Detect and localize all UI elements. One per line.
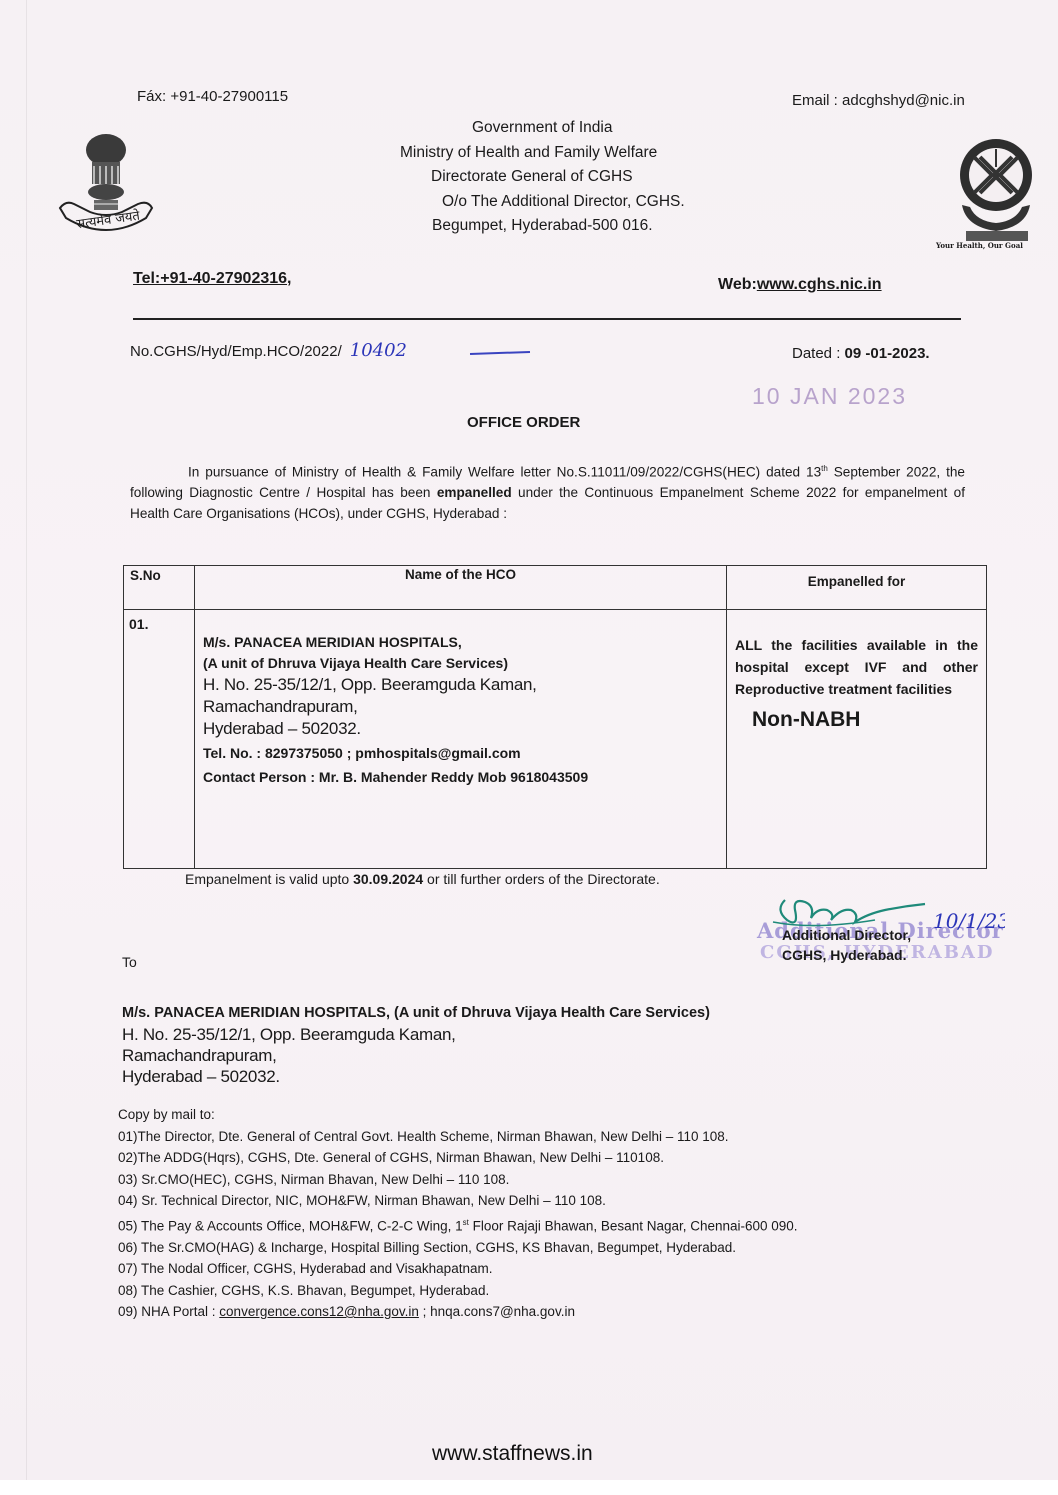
cghs-logo-icon: Your Health, Our Goal <box>936 135 1058 260</box>
emphasis-empanelled: empanelled <box>437 485 512 500</box>
national-emblem-icon: सत्यमेव जयते <box>56 126 156 236</box>
email-address: Email : adcghshyd@nic.in <box>792 92 965 109</box>
reference-number: No.CGHS/Hyd/Emp.HCO/2022/10402 <box>130 340 407 361</box>
list-item-text: ; hnqa.cons7@nha.gov.in <box>419 1304 575 1319</box>
cell-hco-details: M/s. PANACEA MERIDIAN HOSPITALS, (A unit… <box>195 610 727 869</box>
reference-prefix: No.CGHS/Hyd/Emp.HCO/2022/ <box>130 343 342 360</box>
hco-name: M/s. PANACEA MERIDIAN HOSPITALS, <box>203 632 718 653</box>
dated-value: 09 -01-2023. <box>845 345 930 362</box>
to-label: To <box>122 954 137 970</box>
column-header-empanelled-for: Empanelled for <box>727 566 987 610</box>
letterhead-line: Government of India <box>370 116 715 141</box>
list-item-text: Floor Rajaji Bhawan, Besant Nagar, Chenn… <box>469 1218 798 1233</box>
hco-address-line: H. No. 25-35/12/1, Opp. Beeramguda Kaman… <box>203 674 718 696</box>
paragraph-text: In pursuance of Ministry of Health & Fam… <box>188 465 821 480</box>
addressee-block: M/s. PANACEA MERIDIAN HOSPITALS, (A unit… <box>122 1003 710 1087</box>
table-row: 01. M/s. PANACEA MERIDIAN HOSPITALS, (A … <box>124 610 987 869</box>
order-paragraph: In pursuance of Ministry of Health & Fam… <box>130 459 965 524</box>
validity-text: Empanelment is valid upto <box>185 871 353 887</box>
hco-contact-person: Contact Person : Mr. B. Mahender Reddy M… <box>203 766 718 788</box>
dated-label: Dated : <box>792 345 845 362</box>
order-date: Dated : 09 -01-2023. <box>792 345 930 362</box>
signatory-title: Additional Director, <box>782 925 911 945</box>
list-item: 05) The Pay & Accounts Office, MOH&FW, C… <box>118 1212 798 1237</box>
accreditation-status: Non-NABH <box>735 708 978 732</box>
list-item-text: 09) NHA Portal : <box>118 1304 219 1319</box>
list-item-text: 05) The Pay & Accounts Office, MOH&FW, C… <box>118 1218 463 1233</box>
website-link[interactable]: www.cghs.nic.in <box>757 276 882 293</box>
table-header-row: S.No Name of the HCO Empanelled for <box>124 566 987 610</box>
copy-distribution-list: Copy by mail to: 01)The Director, Dte. G… <box>118 1104 798 1323</box>
footer-watermark-url: www.staffnews.in <box>432 1442 593 1466</box>
website: Web:www.cghs.nic.in <box>718 276 882 294</box>
received-date-stamp: 10 JAN 2023 <box>752 383 907 410</box>
hco-parent-unit: (A unit of Dhruva Vijaya Health Care Ser… <box>203 653 718 674</box>
list-item: 09) NHA Portal : convergence.cons12@nha.… <box>118 1301 798 1323</box>
addressee-address-line: H. No. 25-35/12/1, Opp. Beeramguda Kaman… <box>122 1024 710 1045</box>
empanelled-facilities: ALL the facilities available in the hosp… <box>735 634 978 700</box>
signatory-designation: Additional Director, CGHS, Hyderabad. <box>782 925 911 965</box>
validity-text: or till further orders of the Directorat… <box>423 871 660 887</box>
page-bottom-margin <box>0 1480 1058 1495</box>
letterhead-line: Begumpet, Hyderabad-500 016. <box>370 214 715 239</box>
telephone-number: Tel:+91-40-27902316, <box>133 270 291 288</box>
validity-date: 30.09.2024 <box>353 871 423 887</box>
list-item: 08) The Cashier, CGHS, K.S. Bhavan, Begu… <box>118 1280 798 1302</box>
addressee-address-line: Hyderabad – 502032. <box>122 1066 710 1087</box>
letterhead-line: O/o The Additional Director, CGHS. <box>370 190 715 215</box>
document-title: OFFICE ORDER <box>467 414 580 431</box>
validity-statement: Empanelment is valid upto 30.09.2024 or … <box>185 871 660 887</box>
cell-sno: 01. <box>124 610 195 869</box>
cghs-logo-tagline: Your Health, Our Goal <box>936 241 1023 250</box>
letterhead-line: Directorate General of CGHS <box>370 165 715 190</box>
superscript: th <box>821 464 828 473</box>
cell-empanelled-for: ALL the facilities available in the hosp… <box>727 610 987 869</box>
letterhead-line: Ministry of Health and Family Welfare <box>370 141 715 166</box>
list-item: 06) The Sr.CMO(HAG) & Incharge, Hospital… <box>118 1237 798 1259</box>
column-header-sno: S.No <box>124 566 195 610</box>
list-item: 03) Sr.CMO(HEC), CGHS, Nirman Bhavan, Ne… <box>118 1169 798 1191</box>
column-header-hco-name: Name of the HCO <box>195 566 727 610</box>
fax-number: Fáx: +91-40-27900115 <box>137 88 288 105</box>
list-item: 01)The Director, Dte. General of Central… <box>118 1126 798 1148</box>
signatory-office: CGHS, Hyderabad. <box>782 945 911 965</box>
hco-address-line: Hyderabad – 502032. <box>203 718 718 740</box>
copy-heading: Copy by mail to: <box>118 1104 798 1126</box>
scan-edge <box>26 0 27 1480</box>
hco-address-line: Ramachandrapuram, <box>203 696 718 718</box>
hco-table: S.No Name of the HCO Empanelled for 01. … <box>123 565 987 869</box>
handwritten-number: 10402 <box>350 340 407 361</box>
header-divider <box>133 318 961 320</box>
list-item: 04) Sr. Technical Director, NIC, MOH&FW,… <box>118 1190 798 1212</box>
letterhead-organization: Government of India Ministry of Health a… <box>370 116 715 239</box>
list-item: 02)The ADDG(Hqrs), CGHS, Dte. General of… <box>118 1147 798 1169</box>
addressee-address-line: Ramachandrapuram, <box>122 1045 710 1066</box>
signature-date: 10/1/23 <box>933 909 1005 933</box>
addressee-name: M/s. PANACEA MERIDIAN HOSPITALS, (A unit… <box>122 1003 710 1024</box>
nha-email-link[interactable]: convergence.cons12@nha.gov.in <box>219 1304 419 1319</box>
hco-telephone: Tel. No. : 8297375050 ; pmhospitals@gmai… <box>203 742 718 764</box>
list-item: 07) The Nodal Officer, CGHS, Hyderabad a… <box>118 1258 798 1280</box>
website-label: Web: <box>718 276 757 293</box>
